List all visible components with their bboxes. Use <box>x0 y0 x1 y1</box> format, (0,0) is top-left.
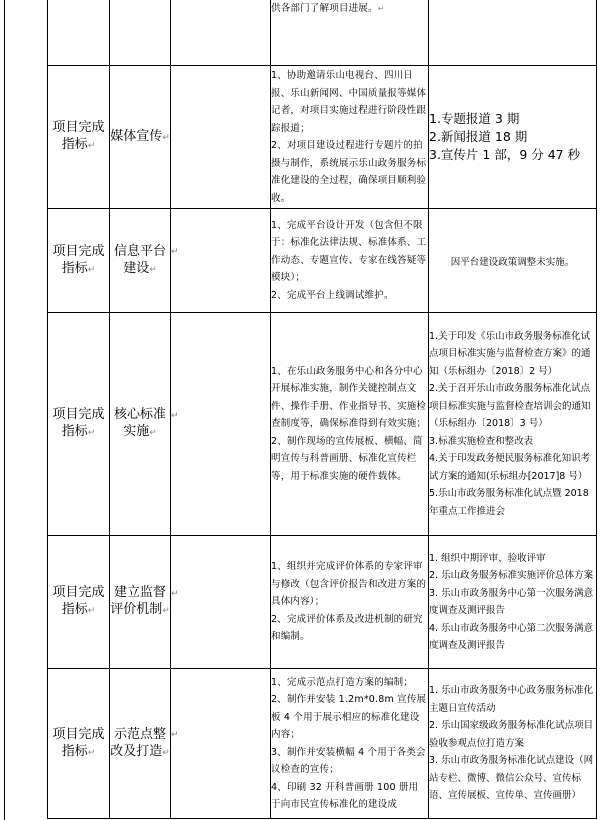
item-label: 信息平台建设 <box>114 244 166 276</box>
plan-line: 4、印刷 32 开科普画册 100 册用于向市民宣传标准化的建设成 <box>271 779 428 814</box>
blank-cell: ↵ <box>171 669 271 819</box>
plan-line: 2、制作并安装 1.2m*0.8m 宣传展板 4 个用于展示相应的标准化建设内容… <box>271 691 428 744</box>
paragraph-mark-icon: ↵ <box>149 428 157 438</box>
plan-line: 2、制作现场的宣传展板、横幅、简明宣传与科普画册、标准化宣传栏等，用于标准实施的… <box>271 433 428 486</box>
plan-cell: 1、在乐山政务服务中心和各分中心开展标准实施，制作关键控制点文件、操作手册、作业… <box>271 313 429 536</box>
result-line: 3. 乐山市政务服务中心第一次服务满意度调查及测评报告 <box>429 585 596 620</box>
table-row: 项目完成指标↵ 建立监督评价机制↵ ↵ 1、组织并完成评价体系的专家评审与修改（… <box>48 536 597 669</box>
blank-cell <box>171 0 271 66</box>
result-cell: 1.关于印发《乐山市政务服务标准化试点项目标准实施与监督检查方案》的通知（乐标组… <box>429 313 597 536</box>
result-line: 5.乐山市政务服务标准化试点暨 2018 年重点工作推进会 <box>429 485 596 520</box>
plan-line: 2、完成平台上线调试维护。 <box>271 287 428 305</box>
category-cell: 项目完成指标↵ <box>48 313 110 536</box>
paragraph-mark-icon: ↵ <box>88 141 96 151</box>
paragraph-mark-icon: ↵ <box>88 606 96 616</box>
paragraph-mark-icon: ↵ <box>88 265 96 275</box>
paragraph-mark-icon: ↵ <box>149 265 157 275</box>
result-line: 2.新闻报道 18 期 <box>429 128 596 146</box>
category-cell: 项目完成指标↵ <box>48 66 110 209</box>
item-cell <box>110 0 171 66</box>
paragraph-mark-icon: ↵ <box>162 606 170 616</box>
category-label: 项目完成指标 <box>52 120 104 152</box>
plan-text: 供各部门了解项目进展。 <box>271 3 378 14</box>
plan-line: 1、在乐山政务服务中心和各分中心开展标准实施，制作关键控制点文件、操作手册、作业… <box>271 363 428 433</box>
category-cell <box>48 0 110 66</box>
result-cell: 因平台建设政策调整未实施。 <box>429 209 597 313</box>
table-row-continued: 供各部门了解项目进展。↵ <box>48 0 597 66</box>
blank-cell: ↵ <box>171 313 271 536</box>
item-cell: 示范点整改及打造↵ <box>110 669 171 819</box>
category-label: 项目完成指标 <box>52 585 104 617</box>
plan-line: 1、完成示范点打造方案的编制； <box>271 674 428 692</box>
paragraph-mark-icon: ↵ <box>162 133 170 143</box>
paragraph-mark-icon: ↵ <box>162 748 170 758</box>
plan-line: 1、组织并完成评价体系的专家评审与修改（包含评价报告和改进方案的具体内容）； <box>271 558 428 611</box>
blank-cell: ↵ <box>171 536 271 669</box>
plan-cell: 供各部门了解项目进展。↵ <box>271 0 429 66</box>
result-line: 2. 乐山政务服务标准实施评价总体方案 <box>429 567 596 585</box>
item-label: 示范点整改及打造 <box>110 727 166 759</box>
result-cell: 1.专题报道 3 期 2.新闻报道 18 期 3.宣传片 1 部，9 分 47 … <box>429 66 597 209</box>
plan-cell: 1、完成平台设计开发（包含但不限于：标准化法律法规、标准体系、工作动态、专题宣传… <box>271 209 429 313</box>
plan-cell: 1、组织并完成评价体系的专家评审与修改（包含评价报告和改进方案的具体内容）； 2… <box>271 536 429 669</box>
item-cell: 核心标准实施↵ <box>110 313 171 536</box>
blank-cell: ↵ <box>171 209 271 313</box>
item-label: 建立监督评价机制 <box>110 585 166 617</box>
result-line: 因平台建设政策调整未实施。 <box>451 257 575 268</box>
category-cell: 项目完成指标↵ <box>48 209 110 313</box>
paragraph-mark-icon: ↵ <box>88 748 96 758</box>
paragraph-mark-icon: ↵ <box>88 428 96 438</box>
result-line: 4.关于印发政务便民服务标准化知识考试方案的通知(乐标组办[2017]8 号） <box>429 450 596 485</box>
result-line: 4. 乐山市政务服务中心第二次服务满意度调查及测评报告 <box>429 620 596 655</box>
blank-cell <box>171 66 271 209</box>
result-cell <box>429 0 597 66</box>
paragraph-mark-icon: ↵ <box>171 589 179 599</box>
category-label: 项目完成指标 <box>52 727 104 759</box>
paragraph-mark-icon: ↵ <box>378 4 385 13</box>
item-cell: 媒体宣传↵ <box>110 66 171 209</box>
plan-cell: 1、完成示范点打造方案的编制； 2、制作并安装 1.2m*0.8m 宣传展板 4… <box>271 669 429 819</box>
paragraph-mark-icon: ↵ <box>171 730 179 740</box>
result-line: 1. 乐山市政务服务中心政务服务标准化主题日宣传活动 <box>429 682 596 717</box>
item-label: 媒体宣传 <box>110 129 162 144</box>
category-cell: 项目完成指标↵ <box>48 536 110 669</box>
result-line: 1. 组织中期评审、验收评审 <box>429 550 596 568</box>
result-line: 3.宣传片 1 部，9 分 47 秒 <box>429 146 596 164</box>
result-cell: 1. 组织中期评审、验收评审 2. 乐山政务服务标准实施评价总体方案 3. 乐山… <box>429 536 597 669</box>
result-line: 3. 乐山市政务服务标准化试点建设（网站专栏、微博、微信公众号、宣传标语、宣传展… <box>429 752 596 805</box>
plan-line: 1、协助邀请乐山电视台、四川日报、乐山新闻网、中国质量报等媒体记者，对项目实施过… <box>271 67 428 137</box>
item-label: 核心标准实施 <box>114 407 166 439</box>
table-row: 项目完成指标↵ 媒体宣传↵ 1、协助邀请乐山电视台、四川日报、乐山新闻网、中国质… <box>48 66 597 209</box>
paragraph-mark-icon: ↵ <box>171 247 179 257</box>
result-cell: 1. 乐山市政务服务中心政务服务标准化主题日宣传活动 2. 乐山国家级政务服务标… <box>429 669 597 819</box>
paragraph-mark-icon: ↵ <box>171 411 179 421</box>
result-line: 2.关于召开乐山市政务服务标准化试点项目标准实施与监督检查培训会的通知（乐标组办… <box>429 380 596 433</box>
category-cell: 项目完成指标↵ <box>48 669 110 819</box>
plan-line: 1、完成平台设计开发（包含但不限于：标准化法律法规、标准体系、工作动态、专题宣传… <box>271 217 428 287</box>
result-line: 1.专题报道 3 期 <box>429 110 596 128</box>
plan-line: 2、对项目建设过程进行专题片的拍摄与制作，系统展示乐山政务服务标准化建设的全过程… <box>271 137 428 207</box>
project-indicator-table: 供各部门了解项目进展。↵ 项目完成指标↵ 媒体宣传↵ 1、协助邀请乐山电视台、四… <box>47 0 597 819</box>
page-left-border <box>4 0 5 820</box>
table-row: 项目完成指标↵ 核心标准实施↵ ↵ 1、在乐山政务服务中心和各分中心开展标准实施… <box>48 313 597 536</box>
result-line: 2. 乐山国家级政务服务标准化试点项目验收参观点位打造方案 <box>429 717 596 752</box>
category-label: 项目完成指标 <box>52 407 104 439</box>
table-row: 项目完成指标↵ 信息平台建设↵ ↵ 1、完成平台设计开发（包含但不限于：标准化法… <box>48 209 597 313</box>
plan-cell: 1、协助邀请乐山电视台、四川日报、乐山新闻网、中国质量报等媒体记者，对项目实施过… <box>271 66 429 209</box>
result-line: 3.标准实施检查和整改表 <box>429 433 596 451</box>
item-cell: 建立监督评价机制↵ <box>110 536 171 669</box>
table-row: 项目完成指标↵ 示范点整改及打造↵ ↵ 1、完成示范点打造方案的编制； 2、制作… <box>48 669 597 819</box>
category-label: 项目完成指标 <box>52 244 104 276</box>
result-line: 1.关于印发《乐山市政务服务标准化试点项目标准实施与监督检查方案》的通知（乐标组… <box>429 328 596 381</box>
plan-line: 3、制作并安装横幅 4 个用于各类会议检查的宣传； <box>271 744 428 779</box>
plan-line: 2、完成评价体系及改进机制的研究和编制。 <box>271 611 428 646</box>
item-cell: 信息平台建设↵ <box>110 209 171 313</box>
